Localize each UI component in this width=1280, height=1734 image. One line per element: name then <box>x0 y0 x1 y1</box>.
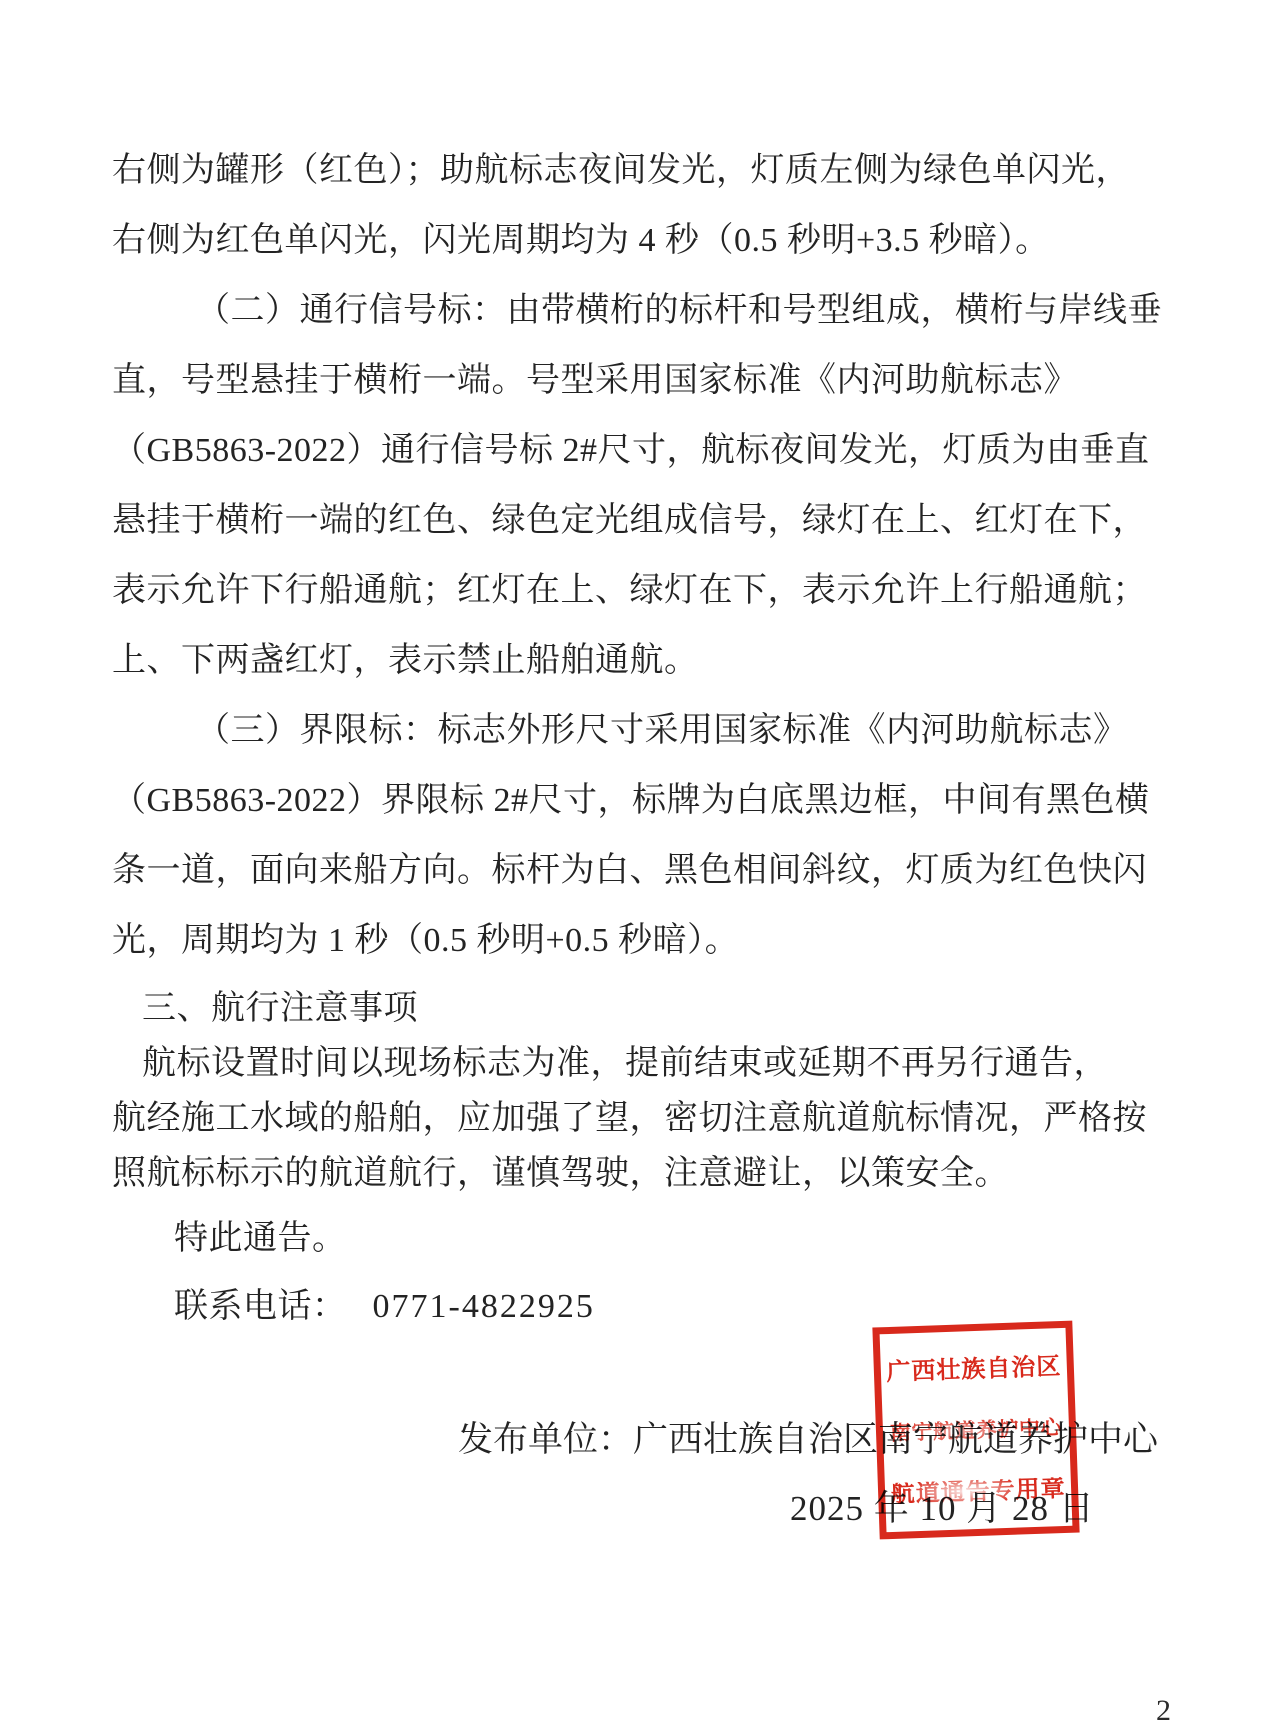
body-line: 右侧为罐形（红色）；助航标志夜间发光，灯质左侧为绿色单闪光， <box>112 148 1212 218</box>
closing-line: 特此通告。 <box>112 1210 347 1259</box>
note-line: 航经施工水域的船舶，应加强了望，密切注意航道航标情况，严格按 <box>112 1096 1212 1151</box>
notes-section: 三、航行注意事项 航标设置时间以现场标志为准，提前结束或延期不再另行通告， 航经… <box>112 986 1212 1206</box>
note-line: 航标设置时间以现场标志为准，提前结束或延期不再另行通告， <box>112 1041 1212 1096</box>
contact-phone: 0771-4822925 <box>373 1288 595 1325</box>
stamp-line-1: 广西壮族自治区 <box>886 1355 1062 1385</box>
body-line: （GB5863-2022）界限标 2#尺寸，标牌为白底黑边框，中间有黑色横 <box>112 778 1212 848</box>
official-stamp: 广西壮族自治区 南宁航道养护中心 航道通告专用章 <box>872 1321 1079 1540</box>
stamp-line-3: 航道通告专用章 <box>890 1477 1066 1507</box>
body-paragraphs: 右侧为罐形（红色）；助航标志夜间发光，灯质左侧为绿色单闪光， 右侧为红色单闪光，… <box>112 148 1212 988</box>
body-line: 表示允许下行船通航；红灯在上、绿灯在下，表示允许上行船通航； <box>112 568 1212 638</box>
body-line: 悬挂于横桁一端的红色、绿色定光组成信号，绿灯在上、红灯在下， <box>112 498 1212 568</box>
body-line: 上、下两盏红灯，表示禁止船舶通航。 <box>112 638 1212 708</box>
body-line: （二）通行信号标：由带横桁的标杆和号型组成，横桁与岸线垂 <box>112 288 1212 358</box>
contact-label: 联系电话： <box>174 1288 347 1325</box>
note-line: 照航标标示的航道航行，谨慎驾驶，注意避让，以策安全。 <box>112 1151 1212 1206</box>
section-heading: 三、航行注意事项 <box>112 986 1212 1041</box>
closing-section: 特此通告。 <box>112 1210 347 1259</box>
body-line: （GB5863-2022）通行信号标 2#尺寸，航标夜间发光，灯质为由垂直 <box>112 428 1212 498</box>
body-line: 右侧为红色单闪光，闪光周期均为 4 秒（0.5 秒明+3.5 秒暗）。 <box>112 218 1212 288</box>
contact-line: 联系电话：0771-4822925 <box>112 1278 595 1327</box>
body-line: 条一道，面向来船方向。标杆为白、黑色相间斜纹，灯质为红色快闪 <box>112 848 1212 918</box>
body-line: （三）界限标：标志外形尺寸采用国家标准《内河助航标志》 <box>112 708 1212 778</box>
stamp-line-2: 南宁航道养护中心 <box>890 1417 1063 1444</box>
body-line: 光，周期均为 1 秒（0.5 秒明+0.5 秒暗）。 <box>112 918 1212 988</box>
scanned-notice-page: 右侧为罐形（红色）；助航标志夜间发光，灯质左侧为绿色单闪光， 右侧为红色单闪光，… <box>0 0 1280 1734</box>
body-line: 直，号型悬挂于横桁一端。号型采用国家标准《内河助航标志》 <box>112 358 1212 428</box>
page-number: 2 <box>1156 1694 1171 1728</box>
